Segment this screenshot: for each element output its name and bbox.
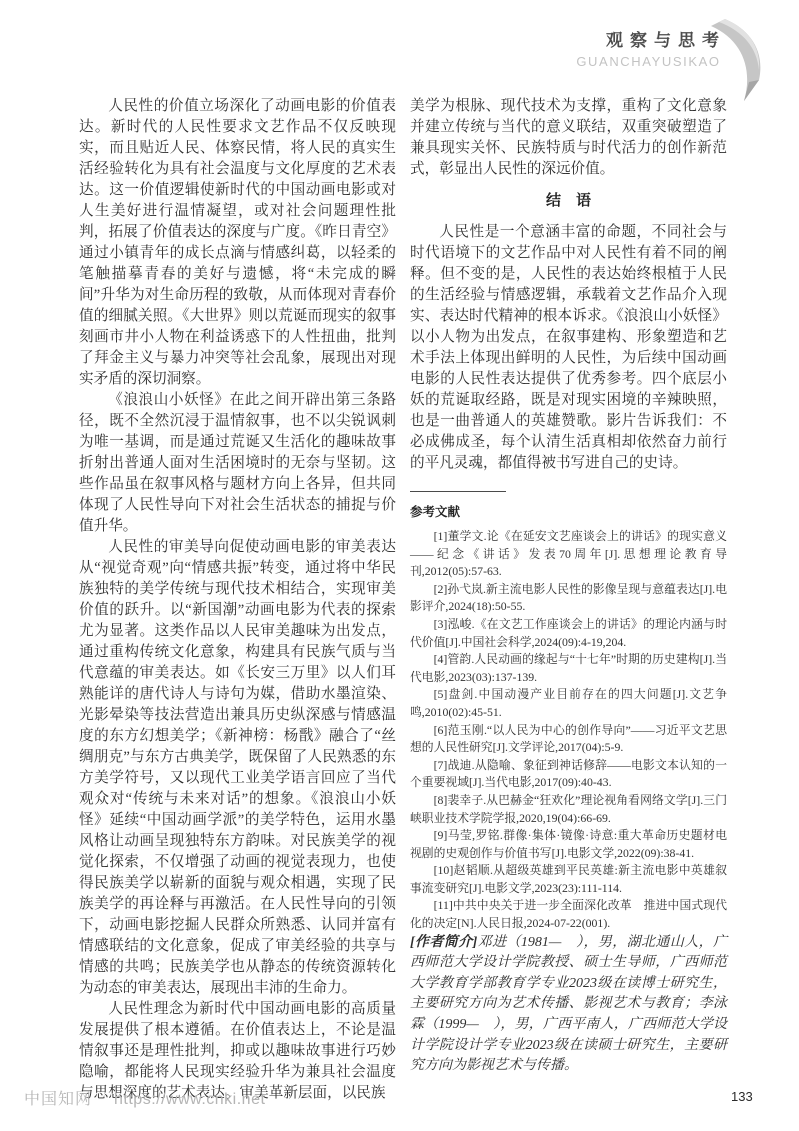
reference-item: [10]赵韬顺.从超级英雄到平民英雄:新主流电影中英雄叙事流变研究[J].电影文… bbox=[410, 862, 727, 897]
body-paragraph: 人民性的审美导向促使动画电影的审美表达从“视觉奇观”向“情感共振”转变，通过将中… bbox=[79, 537, 396, 999]
column-title: 观察与思考 bbox=[576, 26, 726, 51]
reference-item: [7]战迪.从隐喻、象征到神话修辞——电影文本认知的一个重要视域[J].当代电影… bbox=[410, 757, 727, 792]
conclusion-heading: 结 语 bbox=[410, 191, 727, 212]
reference-item: [2]孙弋岚.新主流电影人民性的影像呈现与意蕴表达[J].电影评介,2024(1… bbox=[410, 581, 727, 616]
journal-header: 观察与思考 GUANCHAYUSIKAO bbox=[541, 18, 771, 98]
references-divider bbox=[410, 491, 506, 492]
right-column: 美学为根脉、现代技术为支撑，重构了文化意象并建立传统与当代的意义联结，双重突破塑… bbox=[410, 96, 727, 1077]
cnki-site-name: 中国知网 bbox=[24, 1091, 92, 1108]
reference-item: [3]泓峻.《在文艺工作座谈会上的讲话》的理论内涵与时代价值[J].中国社会科学… bbox=[410, 616, 727, 651]
left-column: 人民性的价值立场深化了动画电影的价值表达。新时代的人民性要求文艺作品不仅反映现实… bbox=[79, 96, 396, 1104]
body-paragraph: 《浪浪山小妖怪》在此之间开辟出第三条路径，既不全然沉浸于温情叙事，也不以尖锐讽刺… bbox=[79, 390, 396, 537]
reference-item: [1]董学文.论《在延安文艺座谈会上的讲话》的现实意义——纪念《讲话》发表70周… bbox=[410, 528, 727, 581]
reference-item: [5]盘剑.中国动漫产业目前存在的四大问题[J].文艺争鸣,2010(02):4… bbox=[410, 686, 727, 721]
reference-item: [4]管韵.人民动画的缘起与“十七年”时期的历史建构[J].当代电影,2023(… bbox=[410, 651, 727, 686]
header-text: 观察与思考 GUANCHAYUSIKAO bbox=[576, 26, 719, 69]
column-title-pinyin: GUANCHAYUSIKAO bbox=[576, 54, 720, 69]
body-paragraph-continuation: 美学为根脉、现代技术为支撑，重构了文化意象并建立传统与当代的意义联结，双重突破塑… bbox=[410, 96, 727, 180]
reference-item: [11]中共中央关于进一步全面深化改革 推进中国式现代化的决定[N].人民日报,… bbox=[410, 897, 727, 932]
page-number: 133 bbox=[731, 1089, 753, 1104]
author-bio-text: 邓进（1981— ），男，湖北通山人，广西师范大学设计学院教授、硕士生导师，广西… bbox=[410, 935, 727, 1074]
body-paragraph: 人民性的价值立场深化了动画电影的价值表达。新时代的人民性要求文艺作品不仅反映现实… bbox=[79, 96, 396, 390]
reference-item: [8]裴幸子.从巴赫金“狂欢化”理论视角看网络文学[J].三门峡职业技术学院学报… bbox=[410, 792, 727, 827]
reference-item: [6]范玉刚.“以人民为中心的创作导向”——习近平文艺思想的人民性研究[J].文… bbox=[410, 722, 727, 757]
cnki-watermark: 中国知网https://www.cnki.net bbox=[24, 1086, 265, 1109]
references-heading: 参考文献 bbox=[410, 502, 727, 523]
cnki-site-url: https://www.cnki.net bbox=[114, 1091, 265, 1108]
conclusion-paragraph: 人民性是一个意涵丰富的命题，不同社会与时代语境下的文艺作品中对人民性有着不同的阐… bbox=[410, 222, 727, 474]
reference-item: [9]马莹,罗铭.群像·集体·镜像·诗意:重大革命历史题材电视剧的史观创作与价值… bbox=[410, 827, 727, 862]
author-bio: [作者简介]邓进（1981— ），男，湖北通山人，广西师范大学设计学院教授、硕士… bbox=[410, 933, 727, 1077]
author-bio-label: [作者简介] bbox=[410, 935, 477, 950]
